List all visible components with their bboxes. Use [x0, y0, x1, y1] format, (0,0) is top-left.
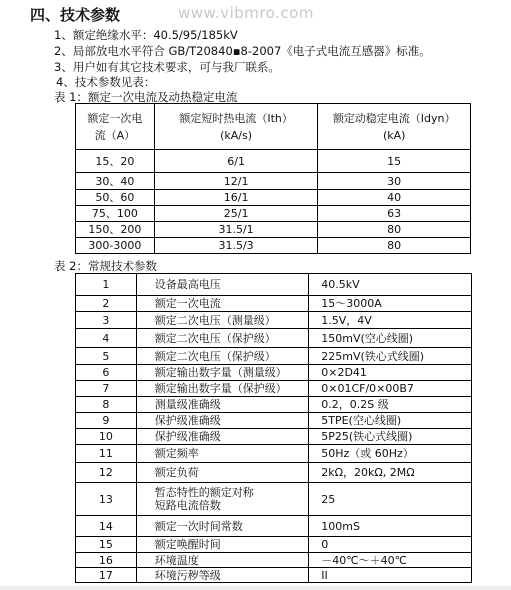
cell: 31.5/1	[154, 222, 318, 238]
cell: 6	[76, 365, 137, 381]
table-row: 300-3000 31.5/3 80	[76, 238, 471, 254]
table-row: 11额定频率50Hz（或 60Hz）	[76, 445, 472, 463]
cell: 50Hz（或 60Hz）	[309, 445, 472, 463]
table-row: 12额定负荷2kΩ，20kΩ, 2MΩ	[76, 463, 472, 483]
cell: 10	[76, 429, 137, 445]
cell: 75、100	[76, 206, 155, 222]
table-row: 50、60 16/1 40	[76, 190, 471, 206]
cell: 31.5/3	[154, 238, 318, 254]
cell: 40	[318, 190, 471, 206]
header-cell: 额定一次电流（A）	[76, 104, 155, 150]
cell: 13	[76, 483, 137, 516]
cell: 额定负荷	[136, 463, 308, 483]
cell: 15	[76, 537, 137, 553]
cell: 50、60	[76, 190, 155, 206]
cell: 300-3000	[76, 238, 155, 254]
table-row: 7额定输出数字量（保护级）0×01CF/0×00B7	[76, 381, 472, 397]
header-cell: 额定动稳定电流（Idyn）(kA)	[318, 104, 471, 150]
cell: 5P25(铁心式线圈)	[309, 429, 472, 445]
cell: 环境温度	[136, 553, 308, 568]
table-row: 16环境温度－40℃～＋40℃	[76, 553, 472, 568]
table-row: 150、200 31.5/1 80	[76, 222, 471, 238]
table-row: 14额定一次时间常数100mS	[76, 516, 472, 537]
cell: 暂态特性的额定对称短路电流倍数	[136, 483, 308, 516]
cell: 4	[76, 329, 137, 348]
table-row: 4额定二次电压（保护级）150mV(空心线圈)	[76, 329, 472, 348]
cell: 额定二次电压（保护级）	[136, 329, 308, 348]
table2-caption: 表 2：常规技术参数	[54, 258, 157, 274]
table-row: 30、40 12/1 30	[76, 173, 471, 190]
table-row: 2额定一次电流15～3000A	[76, 296, 472, 312]
general-parameters-table: 1设备最高电压40.5kV 2额定一次电流15～3000A 3额定二次电压（测量…	[75, 273, 472, 583]
table-row: 75、100 25/1 63	[76, 206, 471, 222]
cell: 30	[318, 173, 471, 190]
cell: －40℃～＋40℃	[309, 553, 472, 568]
cell: 2	[76, 296, 137, 312]
cell: 9	[76, 413, 137, 429]
cell: 16	[76, 553, 137, 568]
cell: 额定二次电压（测量级）	[136, 312, 308, 329]
item-see-table: 4、技术参数见表：	[56, 74, 155, 90]
item-insulation-level: 1、额定绝缘水平：40.5/95/185kV	[54, 27, 238, 43]
cell: 14	[76, 516, 137, 537]
table-row: 13暂态特性的额定对称短路电流倍数25	[76, 483, 472, 516]
cell: 150、200	[76, 222, 155, 238]
page-bottom-edge	[0, 586, 511, 590]
cell: 12/1	[154, 173, 318, 190]
cell: 25/1	[154, 206, 318, 222]
cell: 额定输出数字量（测量级）	[136, 365, 308, 381]
cell: 额定频率	[136, 445, 308, 463]
table-row: 5额定二次电压（保护级）225mV(铁心式线圈)	[76, 348, 472, 365]
section-title: 四、技术参数	[30, 4, 120, 25]
table-row: 8测量级准确级0.2，0.2S 级	[76, 397, 472, 413]
header-cell: 额定短时热电流（Ith）(kA/s)	[154, 104, 318, 150]
table-row: 17环境污秽等级II	[76, 568, 472, 583]
table-row: 9保护级准确级5TPE(空心线圈)	[76, 413, 472, 429]
cell: 保护级准确级	[136, 413, 308, 429]
cell: 额定输出数字量（保护级）	[136, 381, 308, 397]
table-row: 3额定二次电压（测量级）1.5V，4V	[76, 312, 472, 329]
cell: 225mV(铁心式线圈)	[309, 348, 472, 365]
table-row: 15额定唤醒时间0	[76, 537, 472, 553]
cell: 额定一次时间常数	[136, 516, 308, 537]
cell: 12	[76, 463, 137, 483]
cell: 0×01CF/0×00B7	[309, 381, 472, 397]
cell: 8	[76, 397, 137, 413]
cell: 保护级准确级	[136, 429, 308, 445]
cell: 0.2，0.2S 级	[309, 397, 472, 413]
table-row: 15、20 6/1 15	[76, 150, 471, 173]
item-contact: 3、用户如有其它技术要求，可与我厂联系。	[54, 59, 280, 75]
cell: 80	[318, 238, 471, 254]
cell: 11	[76, 445, 137, 463]
cell: 25	[309, 483, 472, 516]
watermark: www.vibmro.com	[178, 4, 314, 22]
cell: 设备最高电压	[136, 274, 308, 296]
table-row: 6额定输出数字量（测量级）0×2D41	[76, 365, 472, 381]
cell: 额定一次电流	[136, 296, 308, 312]
cell: 30、40	[76, 173, 155, 190]
cell: 1.5V，4V	[309, 312, 472, 329]
cell: 3	[76, 312, 137, 329]
cell: 15、20	[76, 150, 155, 173]
cell: 2kΩ，20kΩ, 2MΩ	[309, 463, 472, 483]
cell: 15～3000A	[309, 296, 472, 312]
table-row: 10保护级准确级5P25(铁心式线圈)	[76, 429, 472, 445]
cell: 150mV(空心线圈)	[309, 329, 472, 348]
cell: 63	[318, 206, 471, 222]
item-partial-discharge: 2、局部放电水平符合 GB/T20840▪8-2007《电子式电流互感器》标准。	[54, 43, 431, 59]
table-header-row: 额定一次电流（A） 额定短时热电流（Ith）(kA/s) 额定动稳定电流（Idy…	[76, 104, 471, 150]
cell: 15	[318, 150, 471, 173]
cell: II	[309, 568, 472, 583]
cell: 17	[76, 568, 137, 583]
cell: 100mS	[309, 516, 472, 537]
cell: 5TPE(空心线圈)	[309, 413, 472, 429]
cell: 1	[76, 274, 137, 296]
table-row: 1设备最高电压40.5kV	[76, 274, 472, 296]
cell: 6/1	[154, 150, 318, 173]
cell: 80	[318, 222, 471, 238]
rated-current-table: 额定一次电流（A） 额定短时热电流（Ith）(kA/s) 额定动稳定电流（Idy…	[75, 103, 471, 254]
cell: 40.5kV	[309, 274, 472, 296]
cell: 额定唤醒时间	[136, 537, 308, 553]
cell: 环境污秽等级	[136, 568, 308, 583]
cell: 7	[76, 381, 137, 397]
cell: 测量级准确级	[136, 397, 308, 413]
cell: 0	[309, 537, 472, 553]
cell: 5	[76, 348, 137, 365]
cell: 0×2D41	[309, 365, 472, 381]
cell: 16/1	[154, 190, 318, 206]
cell: 额定二次电压（保护级）	[136, 348, 308, 365]
